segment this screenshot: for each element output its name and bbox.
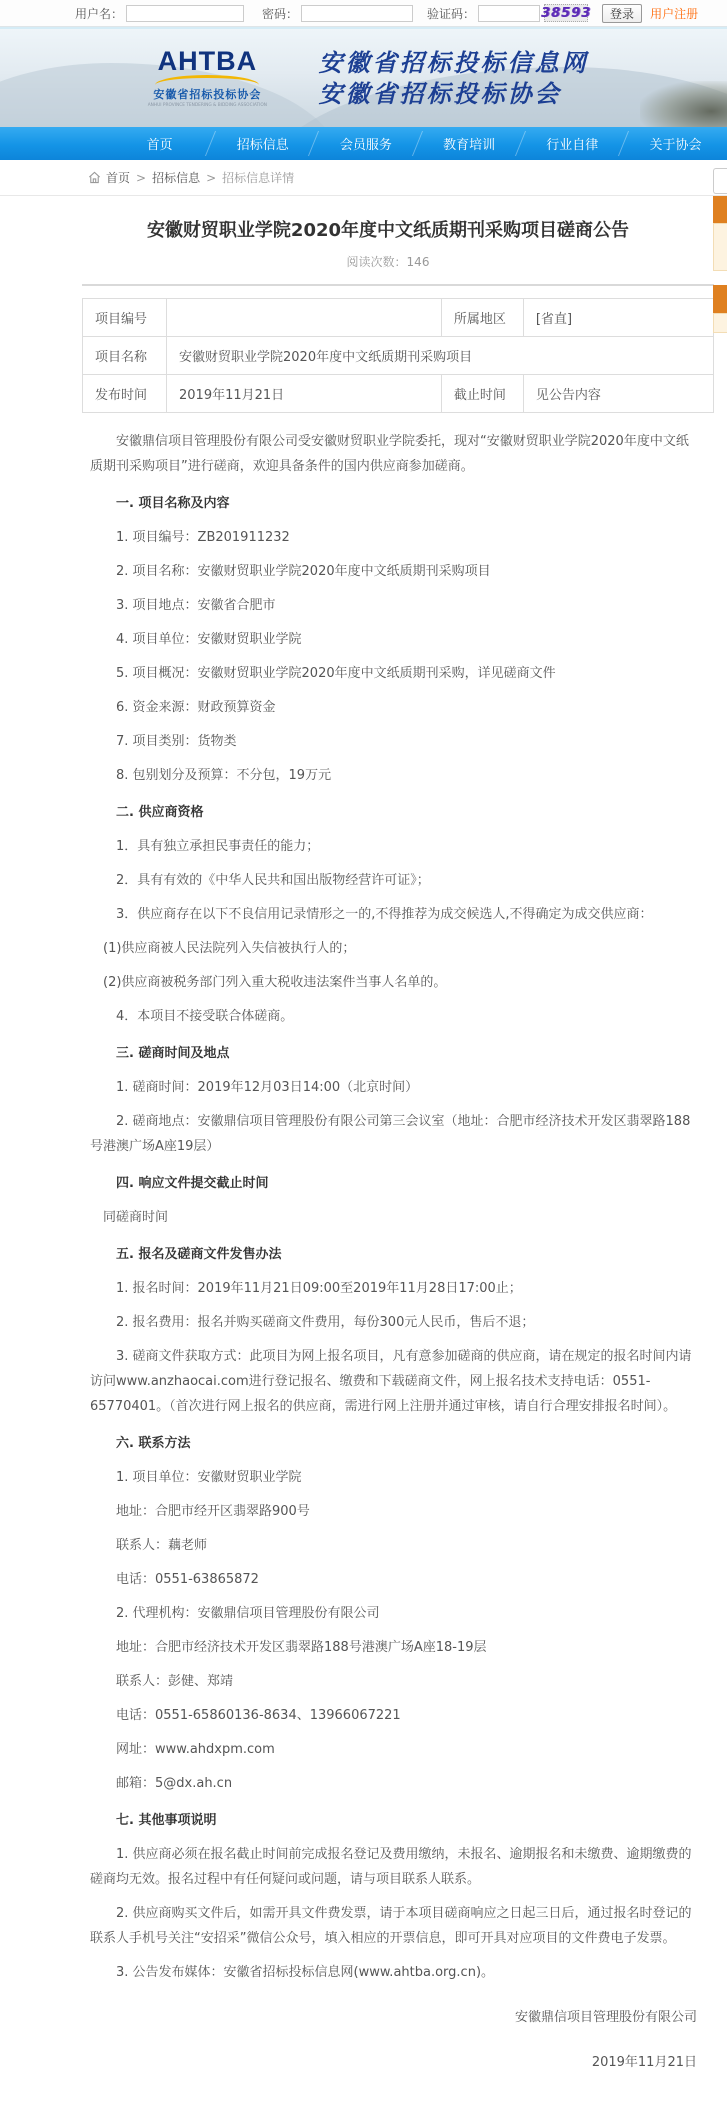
paragraph: 3. 公告发布媒体：安徽省招标投标信息网(www.ahtba.org.cn)。: [90, 1960, 697, 1985]
paragraph: 电话：0551-65860136-8634、13966067221: [90, 1703, 697, 1728]
breadcrumb-current: 招标信息详情: [222, 169, 294, 186]
float-widget: [713, 168, 727, 333]
login-bar: 用户名： 密码： 验证码： 38593 登录 用户注册: [0, 0, 727, 27]
password-label: 密码：: [262, 5, 298, 22]
section-heading: 五. 报名及磋商文件发售办法: [90, 1242, 697, 1267]
paragraph: 1．具有独立承担民事责任的能力；: [90, 834, 697, 859]
signature-date: 2019年11月21日: [90, 2050, 697, 2075]
login-button[interactable]: 登录: [602, 4, 642, 23]
paragraph: 联系人：藕老师: [90, 1533, 697, 1558]
table-label: 项目名称: [83, 337, 167, 375]
site-logo[interactable]: AHTBA 安徽省招标投标协会 ANHUI PROVINCE TENDERING…: [138, 48, 277, 108]
paragraph: 2. 供应商购买文件后，如需开具文件费发票，请于本项目磋商响应之日起三日后，通过…: [90, 1901, 697, 1951]
paragraph: 2. 磋商地点：安徽鼎信项目管理股份有限公司第三会议室（地址：合肥市经济技术开发…: [90, 1109, 697, 1159]
read-count: 阅读次数：146: [65, 253, 711, 270]
logo-subtitle-en: ANHUI PROVINCE TENDERING & BIDDING ASSOC…: [148, 102, 267, 107]
page-title: 安徽财贸职业学院2020年度中文纸质期刊采购项目磋商公告: [65, 218, 711, 244]
paragraph: 2．具有有效的《中华人民共和国出版物经营许可证》；: [90, 868, 697, 893]
paragraph: 1. 供应商必须在报名截止时间前完成报名登记及费用缴纳，未报名、逾期报名和未缴费…: [90, 1842, 697, 1892]
register-link[interactable]: 用户注册: [650, 5, 698, 22]
logo-arc: [155, 75, 259, 85]
read-count-label: 阅读次数：: [347, 255, 407, 269]
captcha-image[interactable]: 38593: [544, 4, 588, 22]
paragraph: 3．供应商存在以下不良信用记录情形之一的,不得推荐为成交候选人,不得确定为成交供…: [90, 902, 697, 927]
table-row: 项目名称安徽财贸职业学院2020年度中文纸质期刊采购项目: [83, 337, 714, 375]
paragraph: 1. 项目编号：ZB201911232: [90, 525, 697, 550]
paragraph: 电话：0551-63865872: [90, 1567, 697, 1592]
nav-item-6[interactable]: 关于协会: [624, 127, 727, 160]
title-divider: [82, 284, 714, 286]
paragraph: 地址：合肥市经济技术开发区翡翠路188号港澳广场A座18-19层: [90, 1635, 697, 1660]
nav-item-4[interactable]: 教育培训: [418, 127, 521, 160]
section-heading: 二. 供应商资格: [90, 800, 697, 825]
float-widget-panel-1[interactable]: [713, 223, 727, 271]
project-info-table: 项目编号所属地区[省直]项目名称安徽财贸职业学院2020年度中文纸质期刊采购项目…: [82, 298, 714, 413]
main-nav: 首页招标信息会员服务教育培训行业自律关于协会: [0, 127, 727, 160]
read-count-value: 146: [407, 255, 430, 269]
table-label: 所属地区: [441, 299, 523, 337]
paragraph: 3. 磋商文件获取方式：此项目为网上报名项目，凡有意参加磋商的供应商，请在规定的…: [90, 1344, 697, 1419]
section-heading: 七. 其他事项说明: [90, 1808, 697, 1833]
password-input[interactable]: [301, 5, 413, 22]
captcha-input[interactable]: [478, 5, 540, 22]
username-input[interactable]: [126, 5, 244, 22]
paragraph: (2)供应商被税务部门列入重大税收违法案件当事人名单的。: [90, 970, 697, 995]
float-widget-box[interactable]: [713, 168, 727, 194]
section-heading: 四. 响应文件提交截止时间: [90, 1171, 697, 1196]
breadcrumb-separator: >: [136, 171, 146, 185]
table-value: 安徽财贸职业学院2020年度中文纸质期刊采购项目: [167, 337, 714, 375]
section-heading: 六. 联系方法: [90, 1431, 697, 1456]
float-widget-panel-2[interactable]: [713, 313, 727, 333]
paragraph: 2. 报名费用：报名并购买磋商文件费用，每份300元人民币，售后不退；: [90, 1310, 697, 1335]
header-background: AHTBA 安徽省招标投标协会 ANHUI PROVINCE TENDERING…: [0, 27, 727, 127]
table-row: 项目编号所属地区[省直]: [83, 299, 714, 337]
paragraph: 邮箱：5@dx.ah.cn: [90, 1771, 697, 1796]
home-icon: [88, 171, 101, 184]
paragraph: 安徽鼎信项目管理股份有限公司受安徽财贸职业学院委托，现对“安徽财贸职业学院202…: [90, 429, 697, 479]
nav-item-1[interactable]: 首页: [108, 127, 211, 160]
paragraph: 8. 包别划分及预算：不分包，19万元: [90, 763, 697, 788]
table-row: 发布时间2019年11月21日截止时间见公告内容: [83, 375, 714, 413]
paragraph: (1)供应商被人民法院列入失信被执行人的；: [90, 936, 697, 961]
breadcrumb-link-1[interactable]: 首页: [106, 169, 130, 186]
site-title-line2: 安徽省招标投标协会: [319, 78, 589, 109]
paragraph: 2. 项目名称：安徽财贸职业学院2020年度中文纸质期刊采购项目: [90, 559, 697, 584]
paragraph: 4. 项目单位：安徽财贸职业学院: [90, 627, 697, 652]
paragraph: 联系人：彭健、郑靖: [90, 1669, 697, 1694]
table-value: [省直]: [523, 299, 713, 337]
article-content: 安徽财贸职业学院2020年度中文纸质期刊采购项目磋商公告 阅读次数：146 项目…: [0, 196, 727, 2101]
site-title-line1: 安徽省招标投标信息网: [319, 47, 589, 78]
paragraph: 5. 项目概况：安徽财贸职业学院2020年度中文纸质期刊采购，详见磋商文件: [90, 661, 697, 686]
paragraph: 网址：www.ahdxpm.com: [90, 1737, 697, 1762]
paragraph: 地址：合肥市经开区翡翠路900号: [90, 1499, 697, 1524]
table-value: 2019年11月21日: [167, 375, 442, 413]
paragraph: 3. 项目地点：安徽省合肥市: [90, 593, 697, 618]
breadcrumb-separator: >: [206, 171, 216, 185]
paragraph: 6. 资金来源：财政预算资金: [90, 695, 697, 720]
float-widget-gap: [713, 271, 727, 285]
nav-item-5[interactable]: 行业自律: [521, 127, 624, 160]
captcha-label: 验证码：: [427, 5, 475, 22]
announcement-body: 安徽鼎信项目管理股份有限公司受安徽财贸职业学院委托，现对“安徽财贸职业学院202…: [65, 429, 711, 1985]
paragraph: 1. 报名时间：2019年11月21日09:00至2019年11月28日17:0…: [90, 1276, 697, 1301]
table-value: 见公告内容: [523, 375, 713, 413]
site-title: 安徽省招标投标信息网 安徽省招标投标协会: [319, 47, 589, 109]
table-label: 发布时间: [83, 375, 167, 413]
float-widget-tab-2[interactable]: [713, 285, 727, 313]
paragraph: 同磋商时间: [90, 1205, 697, 1230]
table-label: 截止时间: [441, 375, 523, 413]
logo-subtitle: 安徽省招标投标协会: [138, 86, 277, 102]
breadcrumb-link-2[interactable]: 招标信息: [152, 169, 200, 186]
section-heading: 三. 磋商时间及地点: [90, 1041, 697, 1066]
nav-item-3[interactable]: 会员服务: [314, 127, 417, 160]
paragraph: 1. 项目单位：安徽财贸职业学院: [90, 1465, 697, 1490]
paragraph: 1. 磋商时间：2019年12月03日14:00（北京时间）: [90, 1075, 697, 1100]
logo-text: AHTBA: [138, 48, 277, 74]
float-widget-tab-1[interactable]: [713, 196, 727, 223]
table-label: 项目编号: [83, 299, 167, 337]
table-value: [167, 299, 442, 337]
section-heading: 一. 项目名称及内容: [90, 491, 697, 516]
paragraph: 2. 代理机构：安徽鼎信项目管理股份有限公司: [90, 1601, 697, 1626]
paragraph: 7. 项目类别：货物类: [90, 729, 697, 754]
nav-item-2[interactable]: 招标信息: [211, 127, 314, 160]
username-label: 用户名：: [75, 5, 123, 22]
paragraph: 4．本项目不接受联合体磋商。: [90, 1004, 697, 1029]
signature-company: 安徽鼎信项目管理股份有限公司: [90, 2005, 697, 2030]
breadcrumb: 首页>招标信息>招标信息详情: [0, 160, 727, 196]
